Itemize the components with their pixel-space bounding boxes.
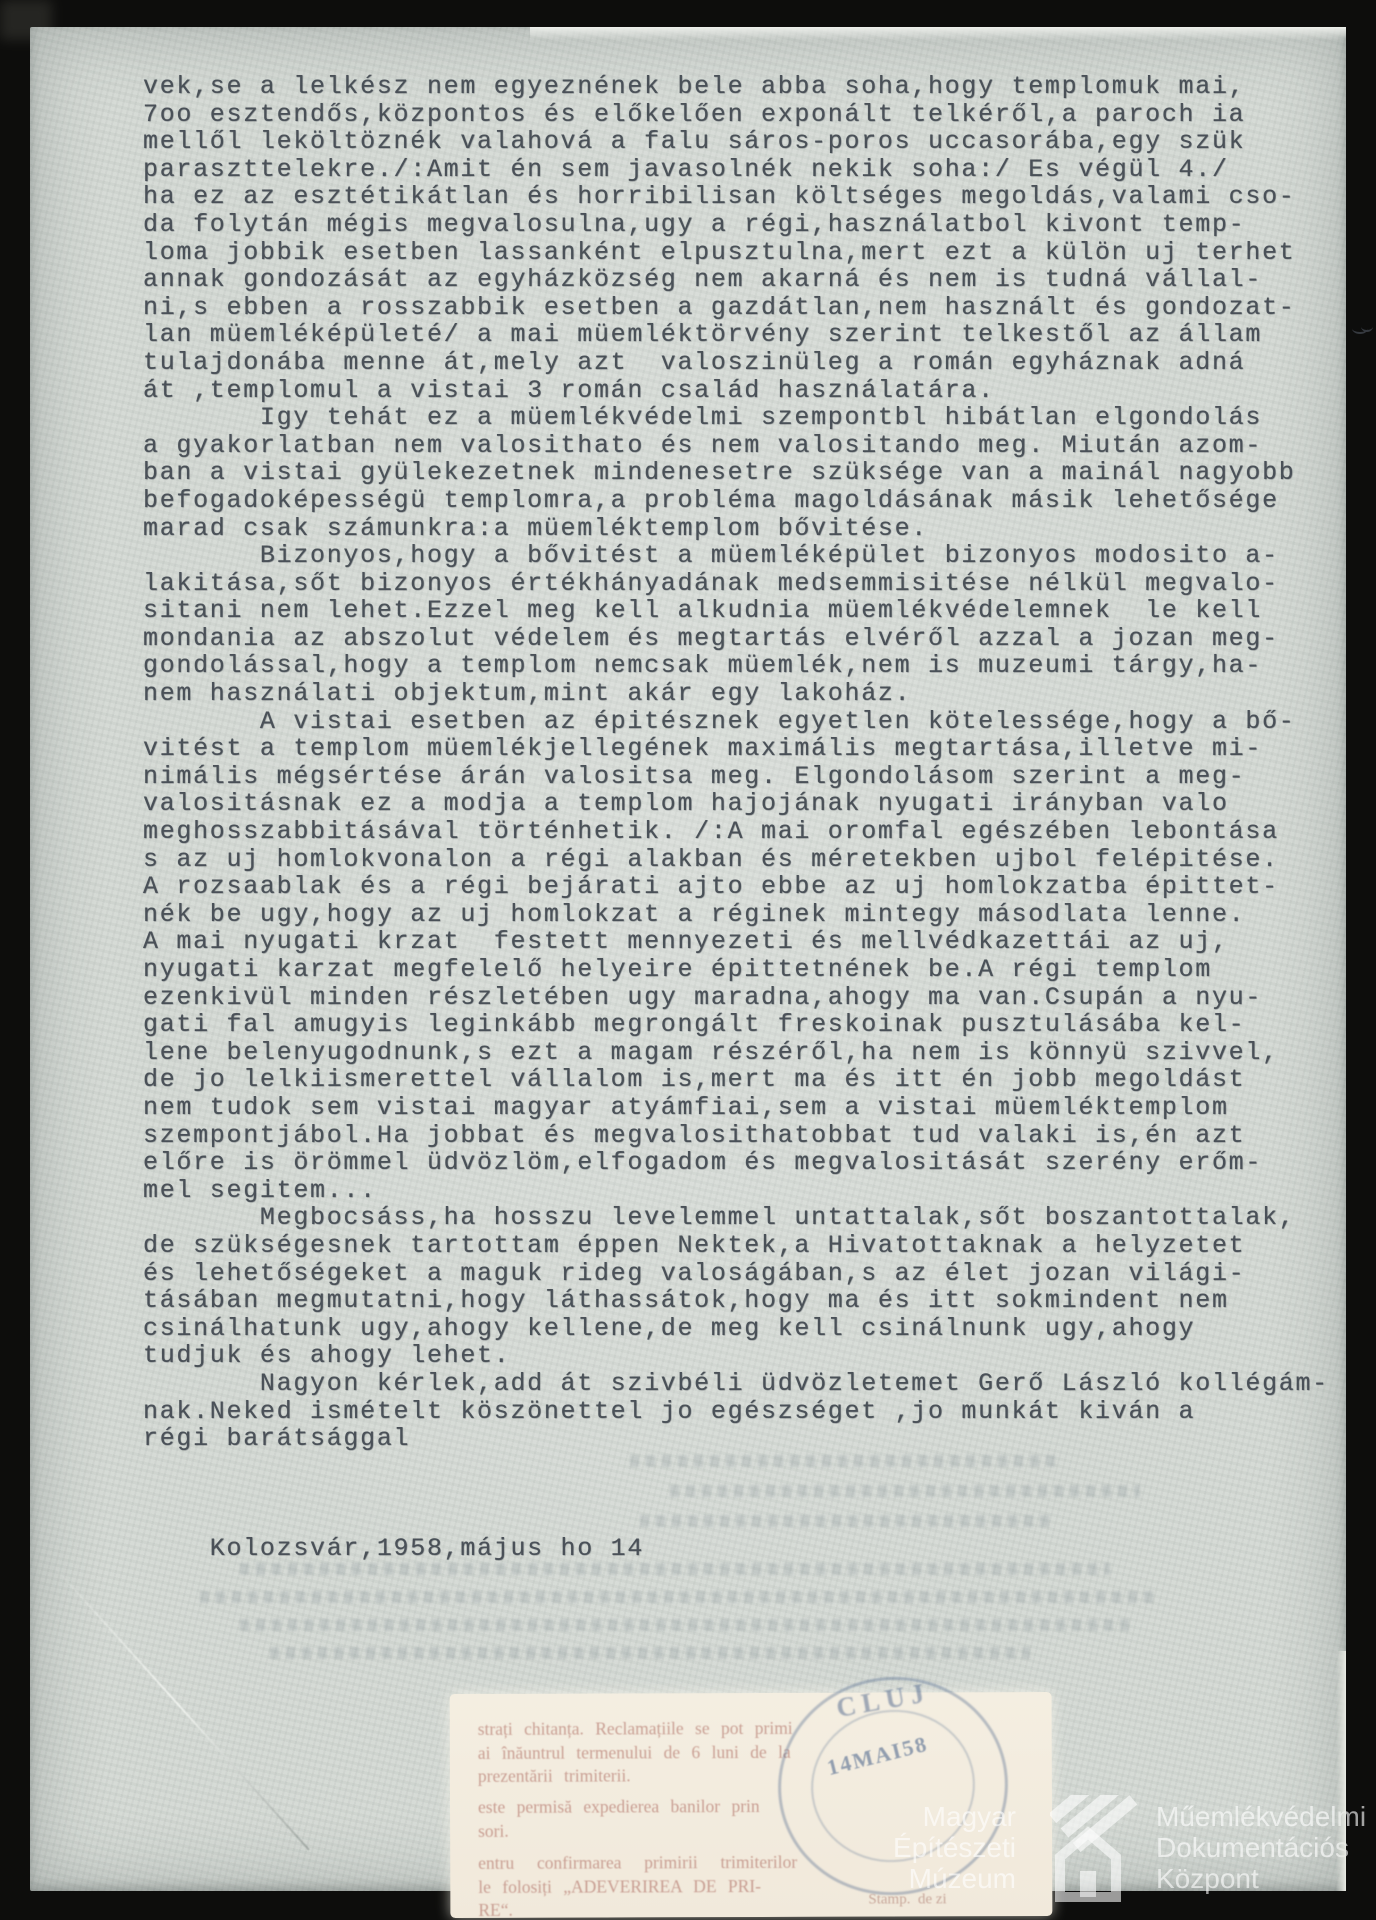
postal-label-text: este permisă expedierea banilor prin sor… xyxy=(478,1795,760,1843)
postal-label-text: strați chitanța. Reclamațiile se pot pri… xyxy=(478,1717,793,1789)
house-logo-icon xyxy=(1050,1795,1150,1903)
documentation-center-wordmark: Műemlékvédelmi Dokumentációs Központ xyxy=(1156,1801,1366,1894)
archive-watermark: Magyar Építészeti Múzeum Műemlékvédelmi … xyxy=(750,1795,1376,1905)
scanned-letter: vek,se a lelkész nem egyeznének bele abb… xyxy=(0,0,1376,1920)
fold-crease xyxy=(47,1559,309,1850)
bleed-through-line xyxy=(240,1619,1130,1631)
bleed-through-line xyxy=(670,1485,1140,1497)
margin-ink-mark xyxy=(1352,323,1368,334)
bleed-through-line xyxy=(200,1591,1160,1603)
bleed-through-line xyxy=(270,1647,1030,1659)
museum-wordmark: Magyar Építészeti Múzeum xyxy=(893,1801,1016,1894)
letter-page: vek,se a lelkész nem egyeznének bele abb… xyxy=(30,27,1346,1891)
bleed-through-line xyxy=(640,1515,1050,1527)
bleed-through-line xyxy=(240,1563,1110,1575)
bleed-through-line xyxy=(630,1455,1060,1467)
typewritten-body: vek,se a lelkész nem egyeznének bele abb… xyxy=(143,73,1329,1563)
